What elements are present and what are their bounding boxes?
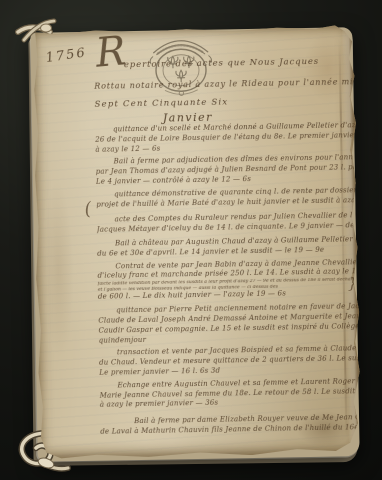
stain: [303, 32, 352, 103]
register-entry: Bail à ferme par dame Elizabeth Rouyer v…: [100, 413, 360, 437]
register-title-line-3: Sept Cent Cinquante Six: [95, 97, 229, 109]
register-title-line-1: epertoire des actes que Nous Jacques: [124, 57, 319, 70]
register-entry: Bail à château par Augustin Chaud d'azay…: [97, 235, 357, 259]
register-title-line-2: Rottau notaire royal à azay le Rideau po…: [94, 77, 357, 91]
margin-flourish-left: (: [83, 199, 93, 221]
initial-letter: R: [94, 31, 128, 73]
month-heading: Janvier: [163, 111, 213, 125]
photo-backdrop: { "palette": { "background": "#141511", …: [0, 0, 382, 480]
register-entry: Echange entre Augustin Chauvel et sa fem…: [99, 377, 359, 411]
register-entry: quittance d'un scellé et Marché donné a …: [95, 121, 355, 155]
photograph-scene: 1756 R: [0, 0, 382, 480]
register-entry: quittance par Pierre Petit anciennement …: [98, 302, 359, 346]
register-entries: quittance d'un scellé et Marché donné a …: [95, 121, 360, 437]
year-annotation: 1756: [45, 45, 88, 66]
stain: [42, 179, 75, 359]
register-entry: quittance démonstrative de quarante cinq…: [96, 186, 356, 210]
manuscript-page: 1756 R: [31, 24, 361, 459]
register-entry: transaction et vente par Jacques Boispie…: [99, 345, 359, 379]
register-entry: Bail à ferme par adjudication des dîmes …: [96, 154, 356, 188]
register-entry: acte des Comptes du Ruraleur rendus par …: [97, 212, 357, 236]
register-entry: Contrat de vente par Jean Babin d'azay à…: [97, 258, 358, 303]
